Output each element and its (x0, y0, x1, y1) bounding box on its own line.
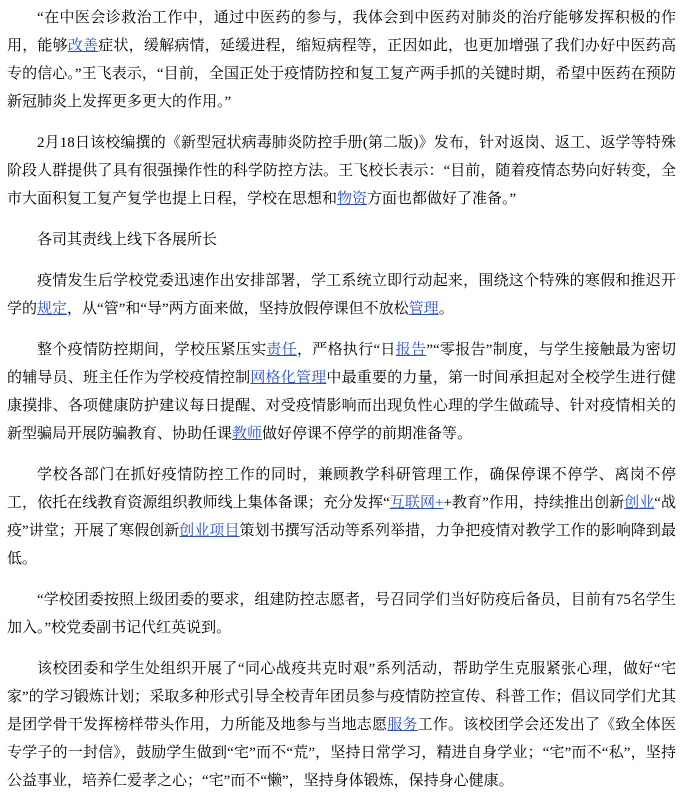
inline-link[interactable]: 改善 (68, 38, 98, 54)
paragraph: 2月18日该校编撰的《新型冠状病毒肺炎防控手册(第二版)》发布，针对返岗、返工、… (7, 129, 676, 213)
paragraph: 疫情发生后学校党委迅速作出安排部署，学工系统立即行动起来，围绕这个特殊的寒假和推… (7, 267, 676, 323)
text-run: 整个疫情防控期间，学校压紧压实 (37, 342, 266, 358)
text-run: 症状，缓解病情，延缓进程，缩短病程等，正因如此，也更加增强了我们办好中医药高专的… (7, 38, 676, 110)
paragraph: 整个疫情防控期间，学校压紧压实责任，严格执行“日报告”“零报告”制度，与学生接触… (7, 336, 676, 448)
inline-link[interactable]: 责任 (266, 342, 297, 358)
section-heading: 各司其责线上线下各展所长 (7, 226, 676, 254)
text-run: 。 (439, 301, 454, 317)
text-run: ，从“管”和“导”两方面来做，坚持放假停课但不放松 (67, 301, 409, 317)
inline-link[interactable]: 创业 (624, 495, 654, 511)
inline-link[interactable]: 创业项目 (179, 523, 239, 539)
inline-link[interactable]: 网格化管理 (250, 370, 326, 386)
inline-link[interactable]: 服务 (387, 717, 417, 733)
text-run: 做好停课不停学的前期准备等。 (262, 426, 472, 442)
inline-link[interactable]: 教师 (232, 426, 262, 442)
inline-link[interactable]: 互联网+ (390, 495, 444, 511)
paragraph: “在中医会诊救治工作中，通过中医药的参与，我体会到中医药对肺炎的治疗能够发挥积极… (7, 4, 676, 116)
text-run: 方面也都做好了准备。” (367, 191, 516, 207)
inline-link[interactable]: 管理 (409, 301, 439, 317)
inline-link[interactable]: 报告 (396, 342, 427, 358)
text-run: “学校团委按照上级团委的要求，组建防控志愿者，号召同学们当好防疫后备员，目前有7… (7, 592, 676, 636)
article-body: “在中医会诊救治工作中，通过中医药的参与，我体会到中医药对肺炎的治疗能够发挥积极… (0, 0, 683, 801)
text-run: ，严格执行“日 (297, 342, 396, 358)
paragraph: 该校团委和学生处组织开展了“同心战疫共克时艰”系列活动，帮助学生克服紧张心理，做… (7, 655, 676, 795)
paragraph: “学校团委按照上级团委的要求，组建防控志愿者，号召同学们当好防疫后备员，目前有7… (7, 586, 676, 642)
inline-link[interactable]: 物资 (337, 191, 367, 207)
text-run: 各司其责线上线下各展所长 (37, 232, 217, 248)
inline-link[interactable]: 规定 (37, 301, 67, 317)
paragraph: 学校各部门在抓好疫情防控工作的同时，兼顾教学科研管理工作，确保停课不停学、离岗不… (7, 461, 676, 573)
text-run: +教育”作用，持续推出创新 (443, 495, 624, 511)
